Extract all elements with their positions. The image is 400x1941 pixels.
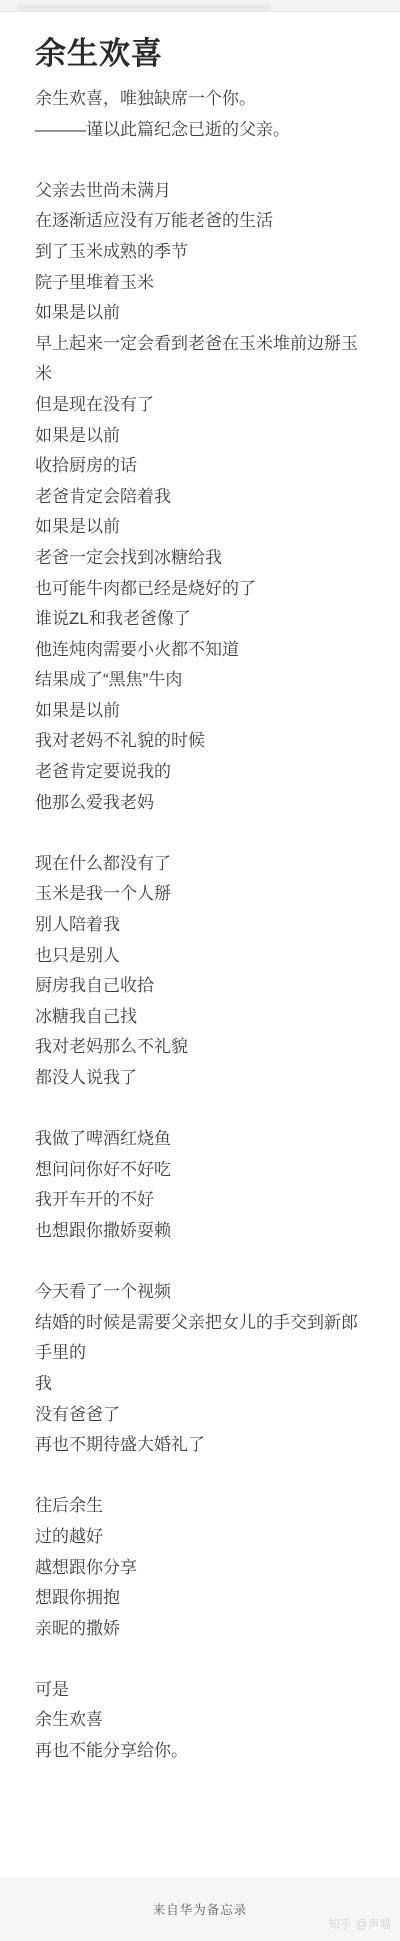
- paragraph: 可是 余生欢喜 再也不能分享给你。: [35, 1675, 365, 1767]
- page-title: 余生欢喜: [35, 36, 365, 72]
- paragraph: 现在什么都没有了 玉米是我一个人掰 别人陪着我 也只是别人 厨房我自己收拾 冰糖…: [35, 849, 365, 1094]
- cropped-previous-line-strip: [0, 0, 400, 12]
- paragraph: 往后余生 过的越好 越想跟你分享 想跟你拥抱 亲昵的撒娇: [35, 1491, 365, 1644]
- footer-source-label: 来自华为备忘录: [153, 1900, 248, 1918]
- paragraph: 我做了啤酒红烧鱼 想问问你好不好吃 我开车开的不好 也想跟你撒娇耍赖: [35, 1124, 365, 1246]
- paragraph: 今天看了一个视频 结婚的时候是需要父亲把女儿的手交到新郎 手里的 我 没有爸爸了…: [35, 1277, 365, 1461]
- article-body: 余生欢喜，唯独缺席一个你。 ———谨以此篇纪念已逝的父亲。父亲去世尚未满月 在逐…: [35, 84, 365, 1767]
- paragraph: 父亲去世尚未满月 在逐渐适应没有万能老爸的生活 到了玉米成熟的季节 院子里堆着玉…: [35, 176, 365, 818]
- note-content: 余生欢喜 余生欢喜，唯独缺席一个你。 ———谨以此篇纪念已逝的父亲。父亲去世尚未…: [0, 12, 400, 1767]
- note-page: 余生欢喜 余生欢喜，唯独缺席一个你。 ———谨以此篇纪念已逝的父亲。父亲去世尚未…: [0, 0, 400, 1941]
- paragraph: 余生欢喜，唯独缺席一个你。 ———谨以此篇纪念已逝的父亲。: [35, 84, 365, 145]
- zhihu-watermark: 知乎 @声喵: [328, 1916, 392, 1932]
